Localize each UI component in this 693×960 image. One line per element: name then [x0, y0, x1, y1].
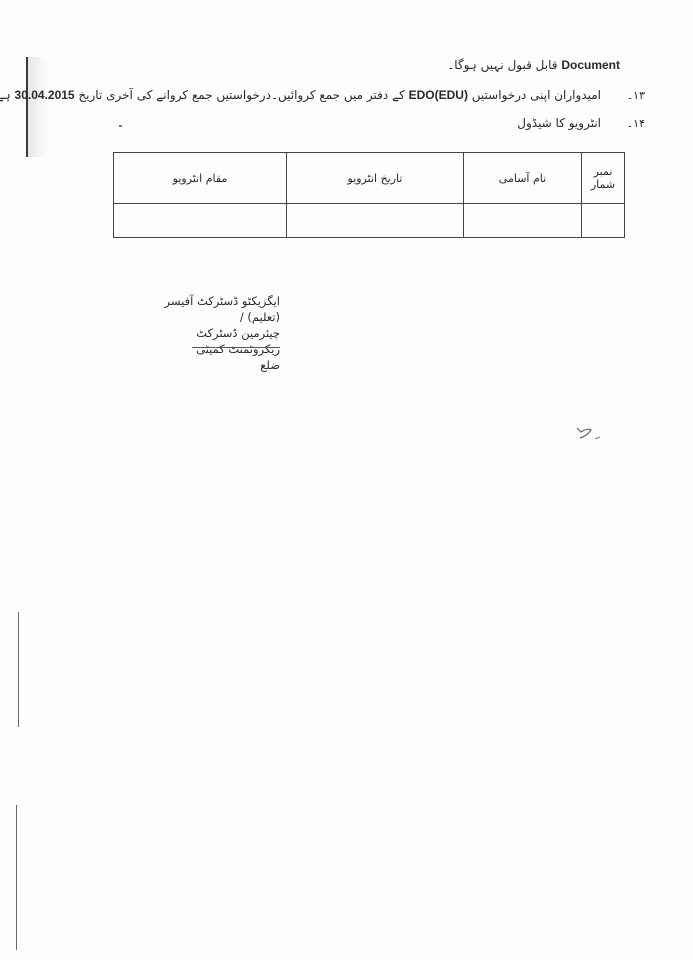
item-14-number: ۱۴۔	[627, 117, 645, 130]
cell-serial-number	[582, 204, 625, 238]
cell-interview-date	[287, 204, 464, 238]
signature-title-line2: چیئرمین ڈسٹرکٹ ریکروٹمنٹ کمیٹی	[150, 325, 280, 357]
item-14-text: انٹرویو کا شیڈول	[517, 116, 601, 130]
signature-title-line1: ایگزیکٹو ڈسٹرکٹ آفیسر (تعلیم) /	[150, 293, 280, 325]
item-13-office: EDO(EDU)	[409, 88, 468, 102]
item-13-deadline-date: 30.04.2015	[15, 88, 75, 102]
scan-edge-mark	[16, 805, 17, 950]
table-header-row: نمبر شمار نام آسامی تاریخ انٹرویو مقام ا…	[114, 153, 625, 204]
handwritten-initials-icon	[575, 424, 605, 442]
table-row	[114, 204, 625, 238]
signature-underline	[192, 347, 280, 348]
scanned-document-page: Document قابل قبول نہیں ہوگا۔ ۱۳۔ امیدوا…	[0, 0, 693, 960]
item-13-number: ۱۳۔	[627, 89, 645, 102]
cell-post-name	[464, 204, 582, 238]
top-note-urdu: قابل قبول نہیں ہوگا۔	[447, 58, 557, 72]
speck	[119, 125, 122, 127]
header-interview-date: تاریخ انٹرویو	[287, 153, 464, 204]
header-post-name: نام آسامی	[464, 153, 582, 204]
top-note-latin: Document	[561, 58, 620, 72]
top-note: Document قابل قبول نہیں ہوگا۔	[447, 58, 620, 72]
item-13-text-part1: امیدواران اپنی درخواستیں	[472, 88, 601, 102]
scan-shadow	[28, 57, 48, 157]
item-13-text-part3: ہے۔	[0, 88, 11, 102]
scan-edge-mark	[18, 612, 19, 727]
signature-block: ایگزیکٹو ڈسٹرکٹ آفیسر (تعلیم) / چیئرمین …	[150, 293, 280, 373]
signature-title-line3: ضلع	[150, 357, 280, 373]
item-13-text-part2: کے دفتر میں جمع کروائیں۔درخواستیں جمع کر…	[78, 88, 404, 102]
header-interview-venue: مقام انٹرویو	[114, 153, 287, 204]
item-13-text: امیدواران اپنی درخواستیں EDO(EDU) کے دفت…	[0, 88, 601, 102]
header-serial-number: نمبر شمار	[582, 153, 625, 204]
cell-interview-venue	[114, 204, 287, 238]
interview-schedule-table: نمبر شمار نام آسامی تاریخ انٹرویو مقام ا…	[113, 152, 625, 238]
